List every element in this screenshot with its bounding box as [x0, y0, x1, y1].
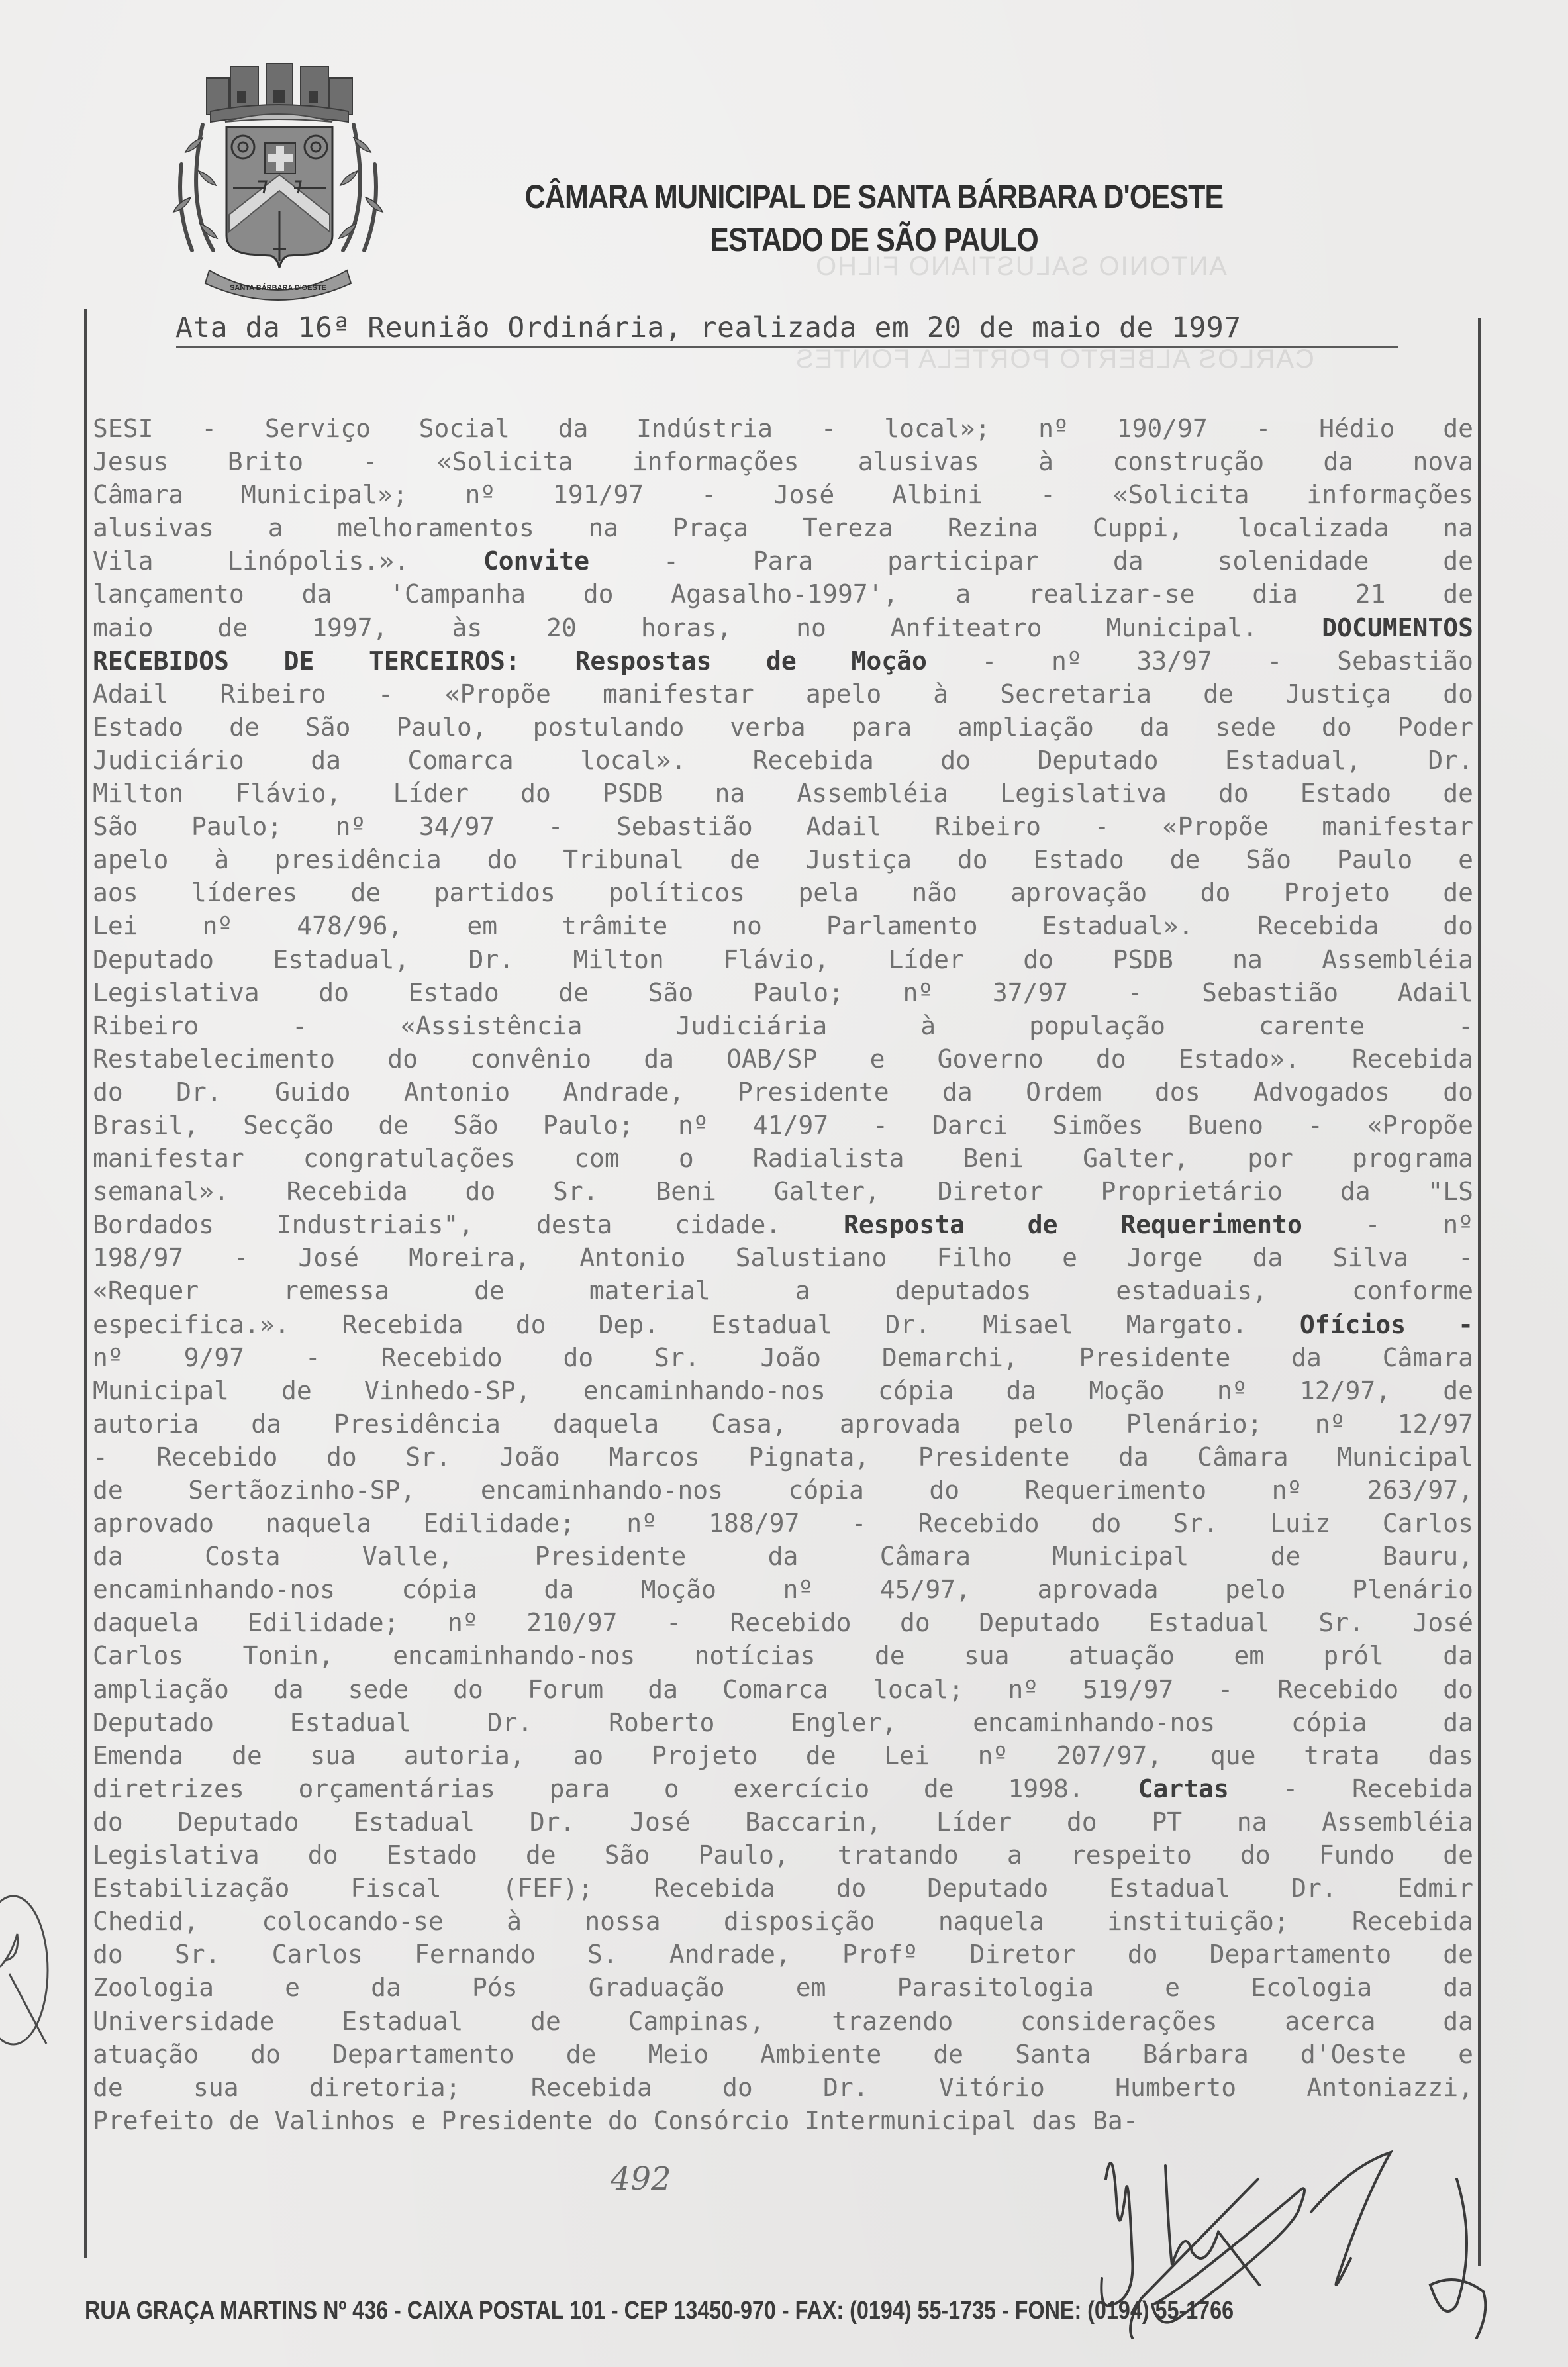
- body-text-run: manifestar congratulações com o Radialis…: [93, 1144, 1473, 1173]
- body-line: do Dr. Guido Antonio Andrade, Presidente…: [93, 1076, 1473, 1109]
- body-line: Zoologia e da Pós Graduação em Parasitol…: [93, 1971, 1473, 2004]
- body-line: de sua diretoria; Recebida do Dr. Vitóri…: [93, 2071, 1473, 2104]
- section-keyword: DOCUMENTOS: [1322, 613, 1473, 642]
- body-line: Restabelecimento do convênio da OAB/SP e…: [93, 1042, 1473, 1076]
- body-text-run: Legislativa do Estado de São Paulo, trat…: [93, 1840, 1473, 1870]
- heading-underline: [176, 346, 1398, 348]
- institution-name: CÂMARA MUNICIPAL DE SANTA BÁRBARA D'OEST…: [464, 177, 1284, 216]
- body-text-run: atuação do Departamento de Meio Ambiente…: [93, 2040, 1473, 2069]
- body-text-run: autoria da Presidência daquela Casa, apr…: [93, 1409, 1473, 1438]
- body-text-run: Ribeiro - «Assistência Judiciária à popu…: [93, 1011, 1473, 1040]
- state-name: ESTADO DE SÃO PAULO: [464, 221, 1284, 259]
- body-text-run: Legislativa do Estado de São Paulo; nº 3…: [93, 978, 1473, 1007]
- body-text-run: diretrizes orçamentárias para o exercíci…: [93, 1774, 1138, 1803]
- body-text-run: - Recebida: [1229, 1774, 1473, 1803]
- body-line: Brasil, Secção de São Paulo; nº 41/97 - …: [93, 1109, 1473, 1142]
- body-text-run: especifica.». Recebida do Dep. Estadual …: [93, 1310, 1300, 1339]
- body-line: SESI - Serviço Social da Indústria - loc…: [93, 412, 1473, 445]
- body-text-run: Milton Flávio, Líder do PSDB na Assemblé…: [93, 779, 1473, 808]
- body-line: Câmara Municipal»; nº 191/97 - José Albi…: [93, 478, 1473, 511]
- body-line: da Costa Valle, Presidente da Câmara Mun…: [93, 1540, 1473, 1573]
- body-line: especifica.». Recebida do Dep. Estadual …: [93, 1308, 1473, 1341]
- body-line: Lei nº 478/96, em trâmite no Parlamento …: [93, 909, 1473, 942]
- body-line: Deputado Estadual, Dr. Milton Flávio, Lí…: [93, 943, 1473, 976]
- body-text-run: Lei nº 478/96, em trâmite no Parlamento …: [93, 911, 1473, 940]
- body-line: Adail Ribeiro - «Propõe manifestar apelo…: [93, 678, 1473, 711]
- body-line: Municipal de Vinhedo-SP, encaminhando-no…: [93, 1374, 1473, 1407]
- body-text-run: Brasil, Secção de São Paulo; nº 41/97 - …: [93, 1111, 1473, 1140]
- body-text-run: Adail Ribeiro - «Propõe manifestar apelo…: [93, 680, 1473, 709]
- municipal-coat-of-arms-icon: SANTA BÁRBARA D'OESTE: [159, 58, 397, 310]
- section-keyword: Cartas: [1138, 1774, 1228, 1803]
- body-text-run: - Recebido do Sr. João Marcos Pignata, P…: [93, 1442, 1473, 1472]
- body-line: Prefeito de Valinhos e Presidente do Con…: [93, 2104, 1473, 2137]
- body-text-run: «Requer remessa de material a deputados …: [93, 1276, 1473, 1305]
- body-line: aprovado naquela Edilidade; nº 188/97 - …: [93, 1507, 1473, 1540]
- body-line: de Sertãozinho-SP, encaminhando-nos cópi…: [93, 1474, 1473, 1507]
- body-line: Deputado Estadual Dr. Roberto Engler, en…: [93, 1706, 1473, 1739]
- handwritten-page-number: 492: [611, 2160, 671, 2197]
- body-line: Emenda de sua autoria, ao Projeto de Lei…: [93, 1739, 1473, 1772]
- body-text-run: São Paulo; nº 34/97 - Sebastião Adail Ri…: [93, 812, 1473, 841]
- body-line: - Recebido do Sr. João Marcos Pignata, P…: [93, 1440, 1473, 1474]
- body-text-run: aprovado naquela Edilidade; nº 188/97 - …: [93, 1509, 1473, 1538]
- body-text-run: Municipal de Vinhedo-SP, encaminhando-no…: [93, 1376, 1473, 1405]
- footer-address: RUA GRAÇA MARTINS Nº 436 - CAIXA POSTAL …: [85, 2297, 1300, 2325]
- body-text-run: maio de 1997, às 20 horas, no Anfiteatro…: [93, 613, 1322, 642]
- body-line: Jesus Brito - «Solicita informações alus…: [93, 445, 1473, 478]
- body-text-run: apelo à presidência do Tribunal de Justi…: [93, 845, 1473, 874]
- body-text-run: Universidade Estadual de Campinas, traze…: [93, 2007, 1473, 2036]
- body-text-run: encaminhando-nos cópia da Moção nº 45/97…: [93, 1575, 1473, 1604]
- body-line: do Sr. Carlos Fernando S. Andrade, Profº…: [93, 1938, 1473, 1971]
- body-line: Milton Flávio, Líder do PSDB na Assemblé…: [93, 777, 1473, 810]
- body-line: Judiciário da Comarca local». Recebida d…: [93, 744, 1473, 777]
- body-text-run: 198/97 - José Moreira, Antonio Salustian…: [93, 1243, 1473, 1272]
- body-text-run: SESI - Serviço Social da Indústria - loc…: [93, 414, 1473, 443]
- section-keyword: Convite: [483, 546, 589, 576]
- body-line: Ribeiro - «Assistência Judiciária à popu…: [93, 1009, 1473, 1042]
- body-line: Legislativa do Estado de São Paulo, trat…: [93, 1838, 1473, 1872]
- body-text-run: daquela Edilidade; nº 210/97 - Recebido …: [93, 1608, 1473, 1637]
- body-line: São Paulo; nº 34/97 - Sebastião Adail Ri…: [93, 810, 1473, 843]
- body-text-run: Deputado Estadual Dr. Roberto Engler, en…: [93, 1708, 1473, 1737]
- body-text-run: Prefeito de Valinhos e Presidente do Con…: [93, 2106, 1138, 2135]
- body-text-run: - nº 33/97 - Sebastião: [927, 646, 1473, 676]
- body-line: Chedid, colocando-se à nossa disposição …: [93, 1905, 1473, 1938]
- body-text-run: do Dr. Guido Antonio Andrade, Presidente…: [93, 1078, 1473, 1107]
- body-line: Vila Linópolis.». Convite - Para partici…: [93, 544, 1473, 578]
- body-line: apelo à presidência do Tribunal de Justi…: [93, 843, 1473, 876]
- body-text-run: do Sr. Carlos Fernando S. Andrade, Profº…: [93, 1940, 1473, 1969]
- body-text-run: lançamento da 'Campanha do Agasalho-1997…: [93, 579, 1473, 609]
- body-line: Carlos Tonin, encaminhando-nos notícias …: [93, 1639, 1473, 1672]
- body-line: nº 9/97 - Recebido do Sr. João Demarchi,…: [93, 1341, 1473, 1374]
- body-line: Estado de São Paulo, postulando verba pa…: [93, 711, 1473, 744]
- body-line: Estabilização Fiscal (FEF); Recebida do …: [93, 1872, 1473, 1905]
- frame-left-rule: [84, 309, 87, 2258]
- body-text-run: Carlos Tonin, encaminhando-nos notícias …: [93, 1641, 1473, 1670]
- body-text-run: Vila Linópolis.».: [93, 546, 483, 576]
- body-text-run: Emenda de sua autoria, ao Projeto de Lei…: [93, 1741, 1473, 1770]
- minutes-heading: Ata da 16ª Reunião Ordinária, realizada …: [175, 311, 1400, 344]
- body-line: daquela Edilidade; nº 210/97 - Recebido …: [93, 1606, 1473, 1639]
- left-margin-signature-icon: [0, 1894, 60, 2053]
- presiding-signatures-icon: [1086, 2139, 1568, 2367]
- body-line: maio de 1997, às 20 horas, no Anfiteatro…: [93, 611, 1473, 644]
- body-line: aos líderes de partidos políticos pela n…: [93, 876, 1473, 909]
- frame-right-rule: [1478, 318, 1481, 2266]
- body-text-run: Bordados Industriais", desta cidade.: [93, 1210, 844, 1239]
- minutes-body: SESI - Serviço Social da Indústria - loc…: [93, 412, 1473, 2137]
- body-text-run: nº 9/97 - Recebido do Sr. João Demarchi,…: [93, 1343, 1473, 1372]
- body-text-run: ampliação da sede do Forum da Comarca lo…: [93, 1675, 1473, 1704]
- body-text-run: - Para participar da solenidade de: [589, 546, 1473, 576]
- body-text-run: - nº: [1302, 1210, 1473, 1239]
- body-line: encaminhando-nos cópia da Moção nº 45/97…: [93, 1573, 1473, 1606]
- body-text-run: de Sertãozinho-SP, encaminhando-nos cópi…: [93, 1476, 1473, 1505]
- body-line: lançamento da 'Campanha do Agasalho-1997…: [93, 578, 1473, 611]
- body-line: Universidade Estadual de Campinas, traze…: [93, 2005, 1473, 2038]
- body-text-run: da Costa Valle, Presidente da Câmara Mun…: [93, 1542, 1473, 1571]
- body-text-run: Zoologia e da Pós Graduação em Parasitol…: [93, 1973, 1473, 2002]
- body-text-run: Chedid, colocando-se à nossa disposição …: [93, 1907, 1473, 1936]
- body-line: alusivas a melhoramentos na Praça Tereza…: [93, 511, 1473, 544]
- body-line: 198/97 - José Moreira, Antonio Salustian…: [93, 1241, 1473, 1274]
- body-text-run: Estado de São Paulo, postulando verba pa…: [93, 713, 1473, 742]
- crest-motto: SANTA BÁRBARA D'OESTE: [230, 283, 326, 292]
- body-line: manifestar congratulações com o Radialis…: [93, 1142, 1473, 1175]
- body-line: Bordados Industriais", desta cidade. Res…: [93, 1208, 1473, 1241]
- body-line: do Deputado Estadual Dr. José Baccarin, …: [93, 1805, 1473, 1838]
- body-line: semanal». Recebida do Sr. Beni Galter, D…: [93, 1175, 1473, 1208]
- section-keyword: RECEBIDOS DE TERCEIROS: Respostas de Moç…: [93, 646, 927, 676]
- bleed-through-text: CARLOS ALBERTO PORTELA FONTES: [795, 344, 1314, 374]
- body-text-run: Câmara Municipal»; nº 191/97 - José Albi…: [93, 480, 1473, 509]
- body-line: autoria da Presidência daquela Casa, apr…: [93, 1407, 1473, 1440]
- body-text-run: semanal». Recebida do Sr. Beni Galter, D…: [93, 1177, 1473, 1206]
- body-line: RECEBIDOS DE TERCEIROS: Respostas de Moç…: [93, 644, 1473, 678]
- body-text-run: aos líderes de partidos políticos pela n…: [93, 878, 1473, 907]
- body-text-run: Estabilização Fiscal (FEF); Recebida do …: [93, 1874, 1473, 1903]
- body-line: Legislativa do Estado de São Paulo; nº 3…: [93, 976, 1473, 1009]
- body-line: ampliação da sede do Forum da Comarca lo…: [93, 1673, 1473, 1706]
- body-line: atuação do Departamento de Meio Ambiente…: [93, 2038, 1473, 2071]
- body-text-run: Deputado Estadual, Dr. Milton Flávio, Lí…: [93, 945, 1473, 974]
- body-text-run: Jesus Brito - «Solicita informações alus…: [93, 447, 1473, 476]
- section-keyword: Resposta de Requerimento: [844, 1210, 1302, 1239]
- body-line: diretrizes orçamentárias para o exercíci…: [93, 1772, 1473, 1805]
- body-text-run: do Deputado Estadual Dr. José Baccarin, …: [93, 1807, 1473, 1837]
- section-keyword: Ofícios -: [1300, 1310, 1473, 1339]
- body-text-run: Restabelecimento do convênio da OAB/SP e…: [93, 1044, 1473, 1074]
- body-line: «Requer remessa de material a deputados …: [93, 1274, 1473, 1307]
- body-text-run: alusivas a melhoramentos na Praça Tereza…: [93, 513, 1473, 542]
- body-text-run: Judiciário da Comarca local». Recebida d…: [93, 746, 1473, 775]
- body-text-run: de sua diretoria; Recebida do Dr. Vitóri…: [93, 2073, 1473, 2102]
